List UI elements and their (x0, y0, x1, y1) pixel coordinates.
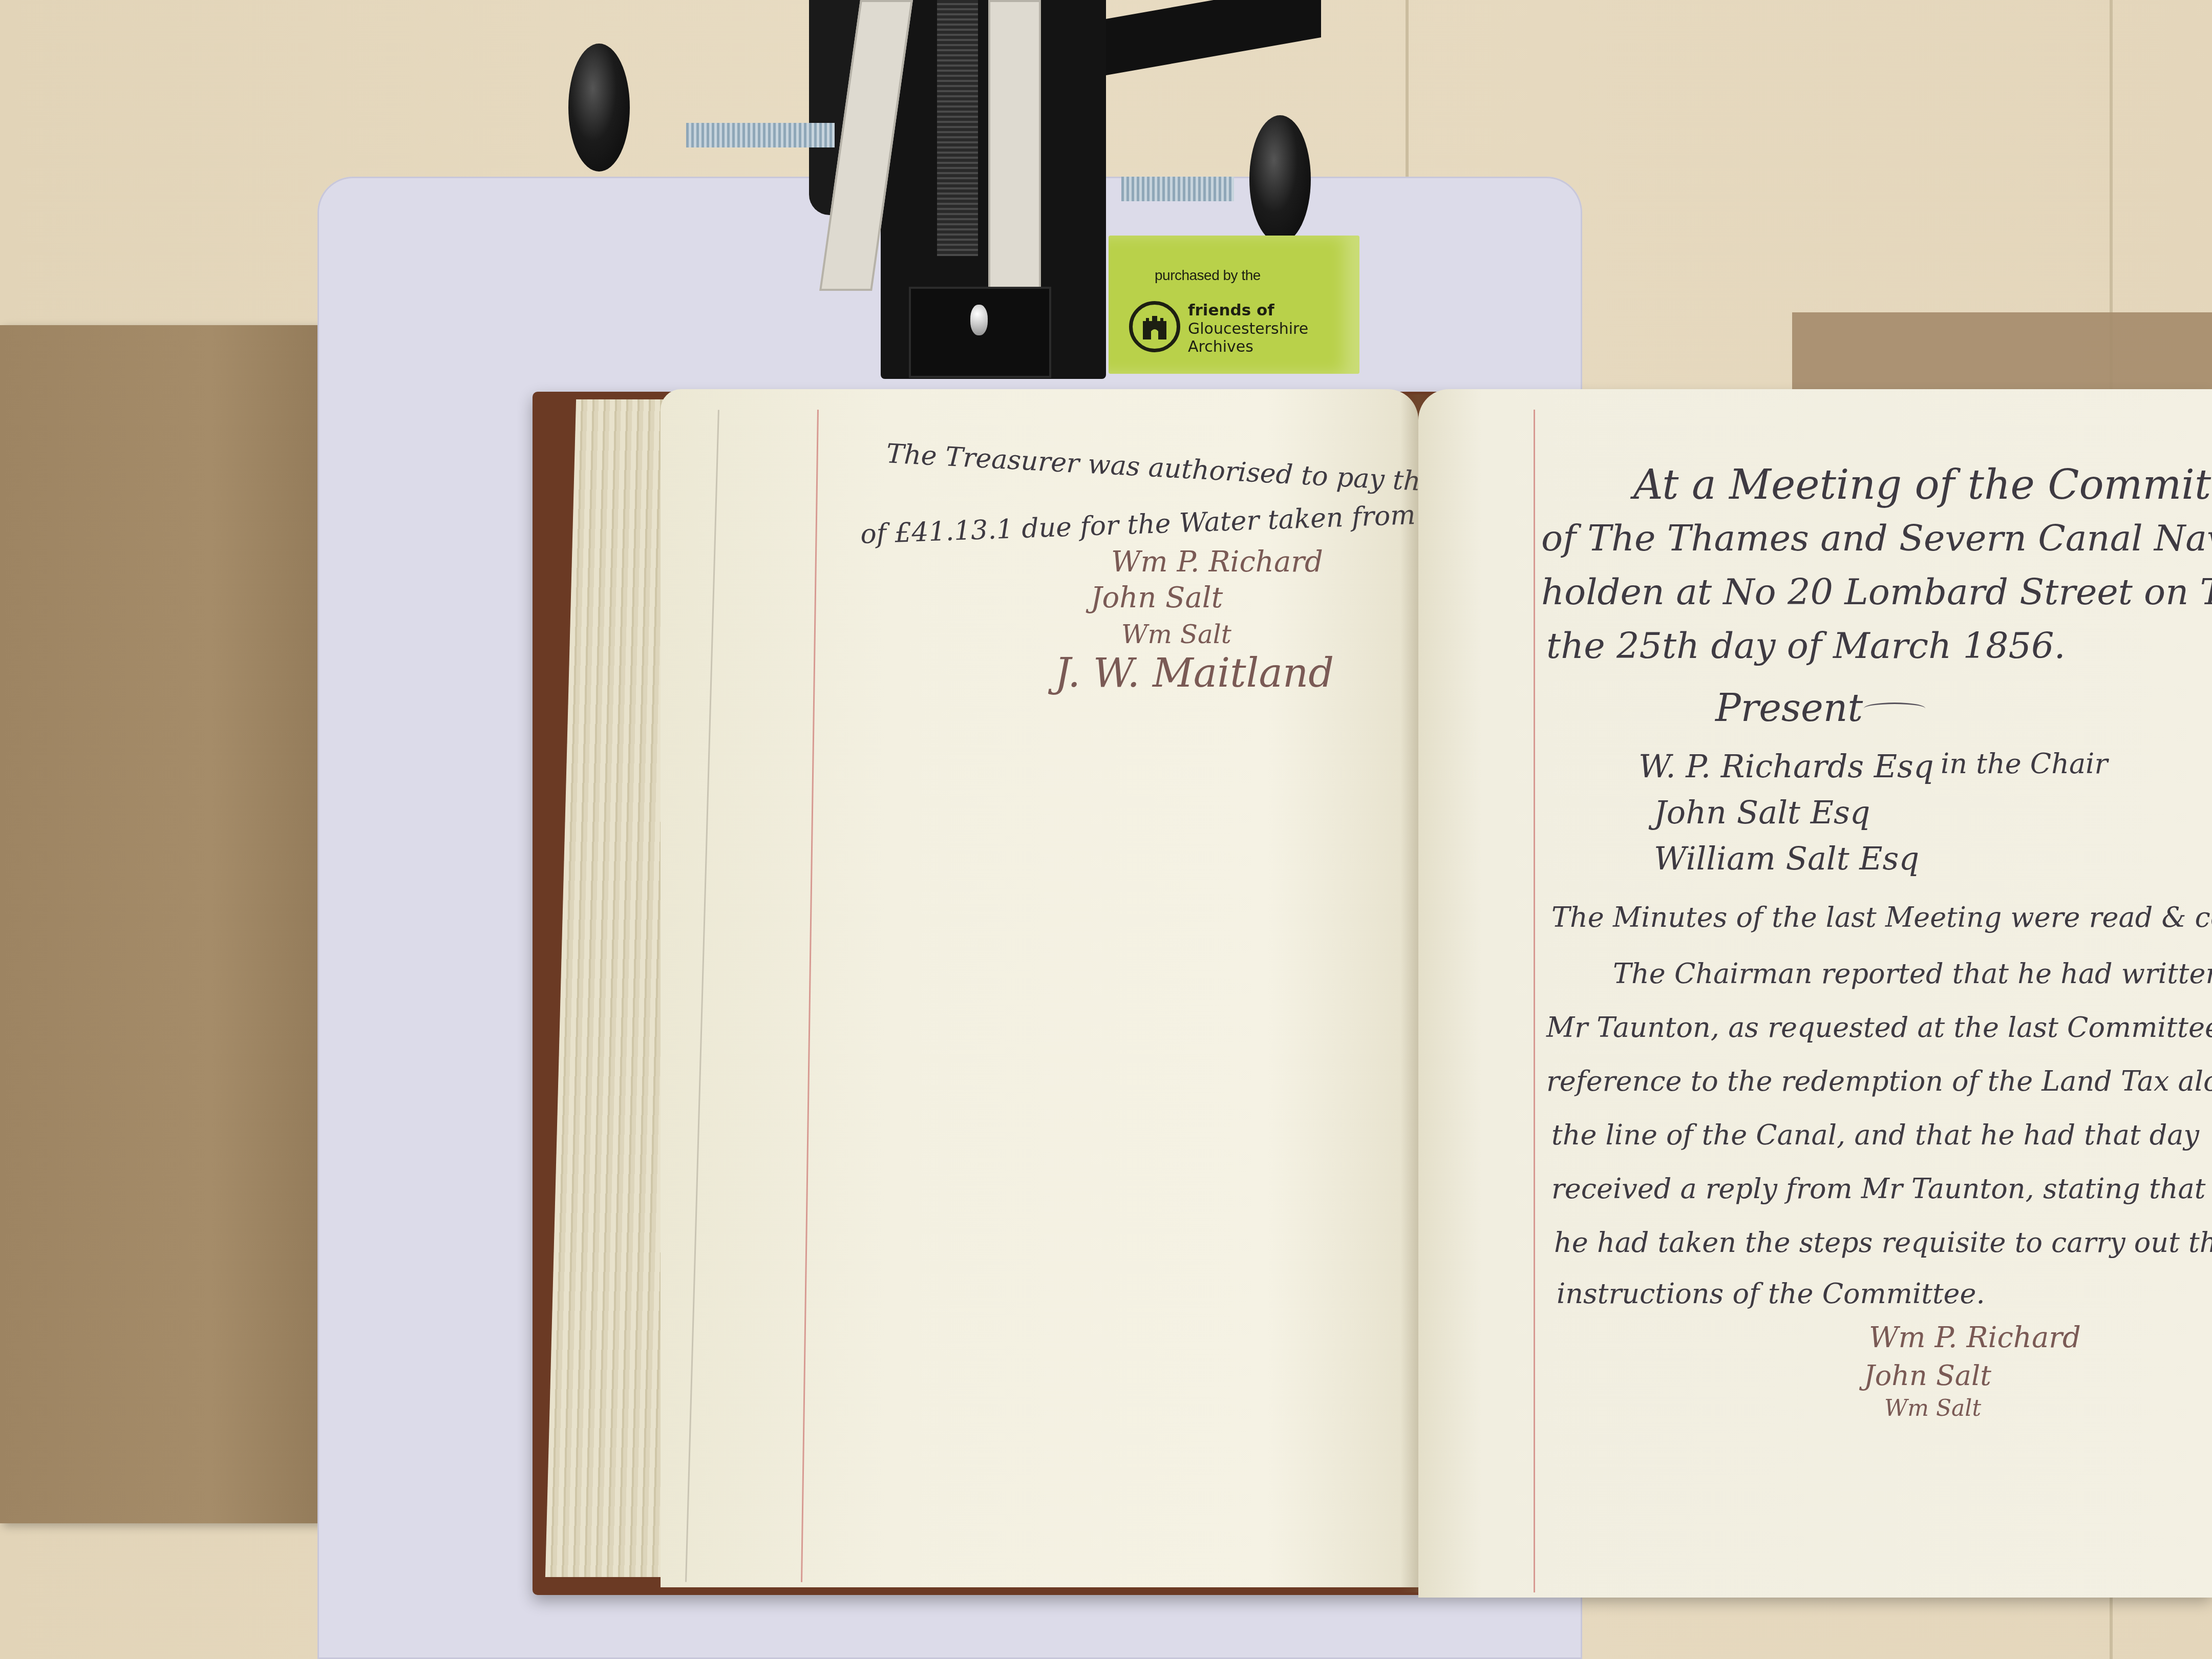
right-page: At a Meeting of the Committee of The Tha… (1418, 389, 2212, 1598)
margin-rule (801, 410, 819, 1582)
clamp-screw (1121, 177, 1234, 201)
paragraph-line-4: the line of the Canal, and that he had t… (1551, 1119, 2199, 1151)
attendee-1-role: in the Chair (1941, 748, 2108, 780)
label-org-line2: Gloucestershire (1188, 320, 1308, 338)
label-org-line1: friends of (1188, 301, 1274, 320)
paragraph-line-5: received a reply from Mr Taunton, statin… (1551, 1173, 2205, 1205)
attendee-1-name: W. P. Richards Esq (1639, 748, 1934, 785)
minutes-confirmed-line: The Minutes of the last Meeting were rea… (1551, 901, 2212, 933)
copy-stand-rail (988, 0, 1041, 291)
left-page-signature-1: Wm P. Richard (1111, 545, 1323, 579)
mount-bolt (970, 305, 988, 335)
right-page-signature-2: John Salt (1864, 1359, 1991, 1392)
attendee-3-name: William Salt Esq (1654, 840, 1919, 877)
paragraph-line-1: The Chairman reported that he had writte… (1613, 958, 2212, 990)
paragraph-line-6: he had taken the steps requisite to carr… (1554, 1226, 2212, 1259)
castle-seal-icon (1129, 301, 1180, 352)
left-page-signature-2: John Salt (1091, 581, 1223, 614)
paragraph-line-7: instructions of the Committee. (1557, 1278, 1985, 1310)
paragraph-line-2: Mr Taunton, as requested at the last Com… (1546, 1011, 2212, 1044)
margin-rule (1534, 410, 1535, 1592)
archive-folder-left (0, 325, 351, 1523)
clamp-knob-left[interactable] (568, 44, 630, 172)
meeting-heading-line-4: the 25th day of March 1856. (1546, 625, 2066, 667)
copy-stand-rack-gear (937, 0, 978, 256)
attendee-2-name: John Salt Esq (1654, 794, 1870, 831)
meeting-heading-line-2: of The Thames and Severn Canal Navigatio… (1541, 517, 2212, 559)
left-page-signature-4: J. W. Maitland (1055, 650, 1334, 696)
present-heading: Present (1715, 686, 1863, 730)
paragraph-line-3: reference to the redemption of the Land … (1546, 1065, 2212, 1097)
clamp-knob-right[interactable] (1249, 115, 1311, 243)
clamp-screw (686, 123, 835, 147)
meeting-heading-line-1: At a Meeting of the Committee (1633, 461, 2212, 508)
meeting-heading-line-3: holden at No 20 Lombard Street on Tuesda… (1541, 571, 2212, 613)
left-page: The Treasurer was authorised to pay the … (661, 389, 1418, 1587)
archive-folder-right (1792, 312, 2212, 389)
label-org-line3: Archives (1188, 338, 1253, 356)
label-purchased-text: purchased by the (1155, 267, 1261, 284)
donor-label: purchased by the friends of Gloucestersh… (1109, 236, 1359, 374)
copy-stand-camera-head (1106, 0, 1321, 75)
present-swash (1864, 703, 1925, 714)
margin-rule (685, 410, 719, 1582)
right-page-signature-3: Wm Salt (1884, 1395, 1981, 1421)
right-page-signature-1: Wm P. Richard (1869, 1321, 2081, 1354)
left-page-signature-3: Wm Salt (1121, 620, 1231, 649)
